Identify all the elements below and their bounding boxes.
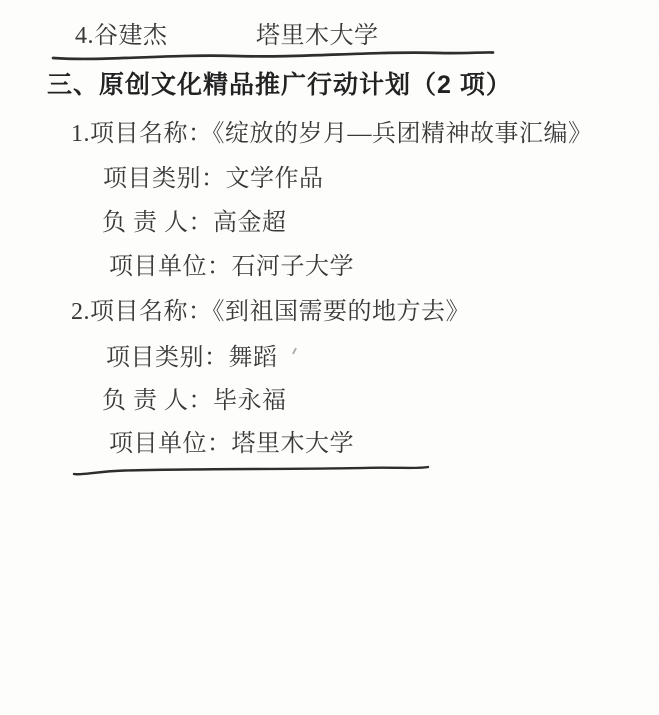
category-label: 项目类别：: [106, 345, 229, 371]
project-leader-line: 负 责 人：高金超: [102, 208, 287, 238]
project-name-value: 《绽放的岁月—兵团精神故事汇编》: [213, 121, 593, 147]
unit-label: 项目单位：: [109, 431, 232, 457]
project-name-value: 《到祖国需要的地方去》: [213, 299, 471, 325]
project-number: 2.: [71, 299, 90, 325]
category-value: 文学作品: [226, 166, 324, 192]
project-unit-line: 项目单位：塔里木大学: [109, 429, 354, 459]
section-divider-line: [70, 461, 434, 479]
project-name-label: 项目名称：: [90, 299, 213, 325]
leader-label: 负 责 人：: [102, 210, 213, 236]
previous-entry-organization: 塔里木大学: [256, 21, 379, 51]
category-label: 项目类别：: [103, 166, 226, 192]
section-heading: 三、原创文化精品推广行动计划（2 项）: [47, 70, 512, 101]
category-value: 舞蹈: [229, 345, 278, 371]
project-title-line: 1.项目名称：《绽放的岁月—兵团精神故事汇编》: [71, 119, 593, 149]
unit-label: 项目单位：: [109, 254, 232, 280]
project-unit-line: 项目单位：石河子大学: [109, 252, 354, 282]
section-heading-text: 三、原创文化精品推广行动计划（2 项）: [47, 71, 512, 99]
project-leader-line: 负 责 人：毕永福: [102, 386, 287, 416]
unit-value: 石河子大学: [232, 254, 355, 280]
previous-entry-organization-text: 塔里木大学: [256, 23, 379, 49]
leader-value: 高金超: [213, 210, 287, 236]
project-title-line: 2.项目名称：《到祖国需要的地方去》: [71, 297, 470, 327]
leader-label: 负 责 人：: [102, 388, 213, 414]
previous-list-entry: 4.谷建杰: [75, 21, 168, 51]
project-number: 1.: [71, 121, 90, 147]
project-category-line: 项目类别：文学作品: [103, 164, 324, 194]
scanned-document-page: 4.谷建杰 塔里木大学 三、原创文化精品推广行动计划（2 项） 1.项目名称：《…: [0, 0, 659, 715]
ink-speck: [292, 347, 297, 354]
unit-value: 塔里木大学: [232, 431, 355, 457]
project-name-label: 项目名称：: [90, 121, 213, 147]
leader-value: 毕永福: [213, 388, 287, 414]
previous-entry-name: 4.谷建杰: [75, 23, 168, 49]
project-category-line: 项目类别：舞蹈: [106, 343, 278, 373]
